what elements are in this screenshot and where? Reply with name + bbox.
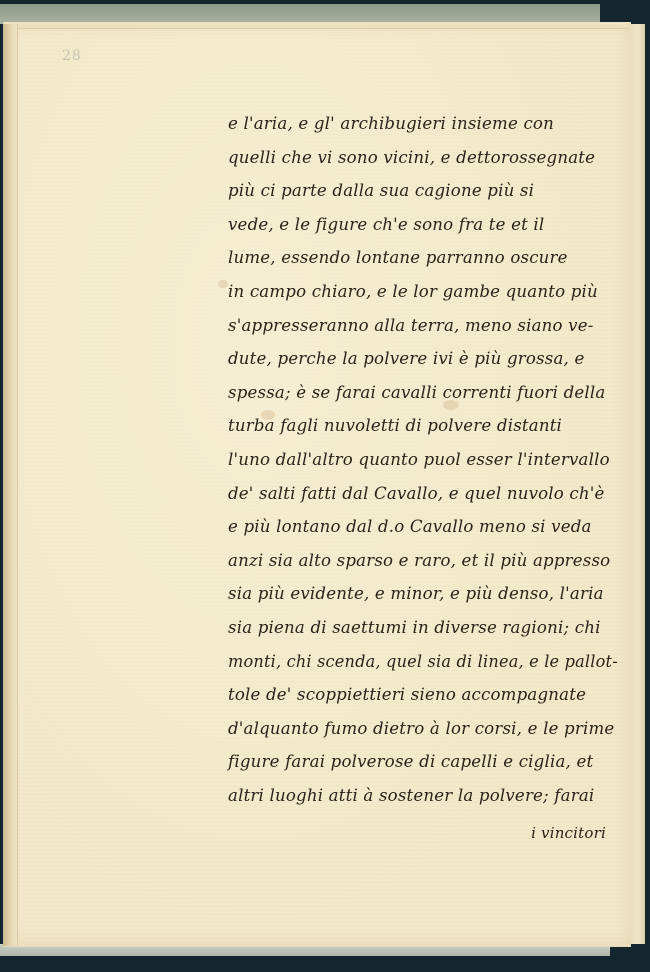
text-line: l'uno dall'altro quanto puol esser l'int… bbox=[228, 444, 618, 478]
text-line: de' salti fatti dal Cavallo, e quel nuvo… bbox=[228, 478, 618, 512]
page-top-edge bbox=[5, 22, 629, 29]
text-line: figure farai polverose di capelli e cigl… bbox=[228, 746, 618, 780]
text-line: s'appresseranno alla terra, meno siano v… bbox=[228, 310, 618, 344]
text-line: d'alquanto fumo dietro à lor corsi, e le… bbox=[228, 713, 618, 747]
text-line: altri luoghi atti à sostener la polvere;… bbox=[228, 780, 618, 814]
mount-board-top bbox=[0, 4, 600, 24]
catchword: i vincitori bbox=[228, 817, 628, 851]
text-line: monti, chi scenda, quel sia di linea, e … bbox=[228, 646, 608, 680]
text-line: sia più evidente, e minor, e più denso, … bbox=[228, 578, 618, 612]
text-line: spessa; è se farai cavalli correnti fuor… bbox=[228, 377, 618, 411]
text-line: e l'aria, e gl' archibugieri insieme con bbox=[228, 108, 618, 142]
text-line: anzi sia alto sparso e raro, et il più a… bbox=[228, 545, 618, 579]
manuscript-scan: 28 e l'aria, e gl' archibugieri insieme … bbox=[0, 0, 650, 972]
text-line: più ci parte dalla sua cagione più si bbox=[228, 175, 618, 209]
text-line: turba fagli nuvoletti di polvere distant… bbox=[228, 410, 618, 444]
text-line: vede, e le figure ch'e sono fra te et il bbox=[228, 209, 618, 243]
text-line: quelli che vi sono vicini, e dettorosseg… bbox=[228, 142, 618, 176]
text-line: in campo chiaro, e le lor gambe quanto p… bbox=[228, 276, 618, 310]
binding-gutter bbox=[3, 24, 18, 946]
folio-number: 28 bbox=[62, 48, 82, 64]
ink-stain bbox=[218, 280, 228, 288]
text-line: sia piena di saettumi in diverse ragioni… bbox=[228, 612, 618, 646]
text-line: tole de' scoppiettieri sieno accompagnat… bbox=[228, 679, 618, 713]
text-line: lume, essendo lontane parranno oscure bbox=[228, 242, 618, 276]
text-line: e più lontano dal d.o Cavallo meno si ve… bbox=[228, 511, 618, 545]
text-line: dute, perche la polvere ivi è più grossa… bbox=[228, 343, 618, 377]
handwritten-text-block: e l'aria, e gl' archibugieri insieme con… bbox=[228, 108, 628, 851]
